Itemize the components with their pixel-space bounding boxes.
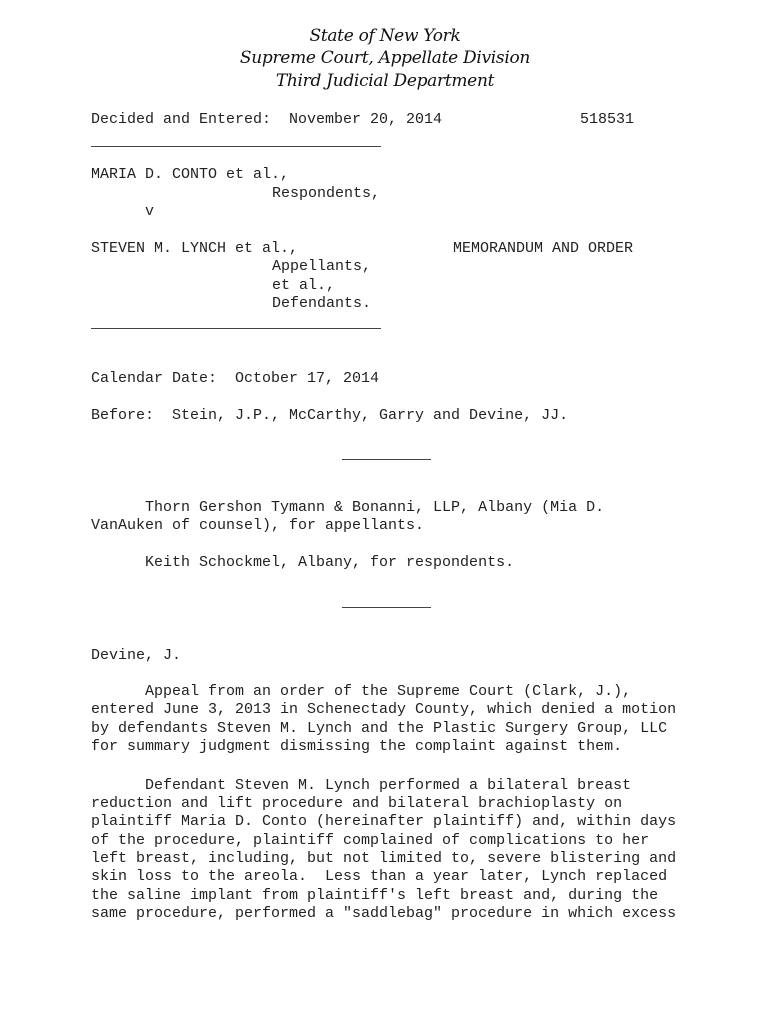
paragraph-line: same procedure, performed a "saddlebag" … [91, 905, 676, 923]
counsel-respondents: Keith Schockmel, Albany, for respondents… [91, 554, 514, 572]
paragraph-line: plaintiff Maria D. Conto (hereinafter pl… [91, 813, 676, 831]
caption-top-rule [91, 146, 381, 147]
document-type: MEMORANDUM AND ORDER [453, 240, 633, 258]
opinion-author: Devine, J. [91, 647, 181, 665]
paragraph-line: skin loss to the areola. Less than a yea… [91, 868, 667, 886]
before-panel: Before: Stein, J.P., McCarthy, Garry and… [91, 407, 568, 425]
counsel-appellants-line2: VanAuken of counsel), for appellants. [91, 517, 424, 535]
paragraph-line: of the procedure, plaintiff complained o… [91, 832, 649, 850]
defendant-role-defendants: Defendants. [272, 295, 371, 313]
docket-number: 518531 [580, 111, 634, 129]
paragraph-line: for summary judgment dismissing the comp… [91, 738, 622, 756]
paragraph-line: reduction and lift procedure and bilater… [91, 795, 622, 813]
calendar-date: Calendar Date: October 17, 2014 [91, 370, 379, 388]
document-page: State of New York Supreme Court, Appella… [0, 0, 770, 1024]
paragraph-line: left breast, including, but not limited … [91, 850, 676, 868]
defendant-role-appellants: Appellants, [272, 258, 371, 276]
versus-label: v [145, 203, 154, 221]
court-header-division: Supreme Court, Appellate Division [0, 48, 770, 68]
paragraph-line: entered June 3, 2013 in Schenectady Coun… [91, 701, 676, 719]
defendant-role-etal: et al., [272, 277, 335, 295]
court-header-department: Third Judicial Department [0, 71, 770, 91]
section-divider-1 [342, 459, 431, 460]
section-divider-2 [342, 607, 431, 608]
court-header-state: State of New York [0, 26, 770, 46]
counsel-appellants-line1: Thorn Gershon Tymann & Bonanni, LLP, Alb… [91, 499, 604, 517]
paragraph-line: by defendants Steven M. Lynch and the Pl… [91, 720, 667, 738]
plaintiff-role: Respondents, [272, 185, 380, 203]
paragraph-line: Defendant Steven M. Lynch performed a bi… [91, 777, 631, 795]
caption-bottom-rule [91, 328, 381, 329]
paragraph-line: Appeal from an order of the Supreme Cour… [91, 683, 631, 701]
decided-entered-date: Decided and Entered: November 20, 2014 [91, 111, 442, 129]
defendant-name: STEVEN M. LYNCH et al., [91, 240, 298, 258]
paragraph-line: the saline implant from plaintiff's left… [91, 887, 658, 905]
plaintiff-name: MARIA D. CONTO et al., [91, 166, 289, 184]
